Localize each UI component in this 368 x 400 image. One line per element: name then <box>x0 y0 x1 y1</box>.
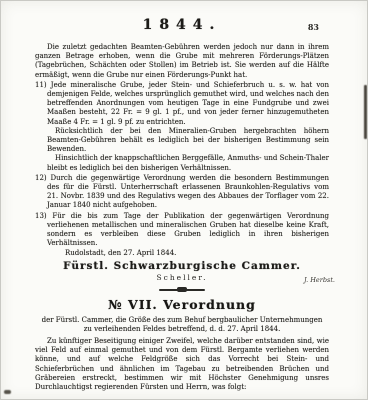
page-number: 83 <box>308 22 319 32</box>
countersignature: J. Herbst. <box>304 276 335 284</box>
decree-subtitle: der Fürstl. Cammer, die Größe des zum Be… <box>41 316 323 334</box>
item-number: 13) <box>35 212 47 220</box>
page-content: 1844. Die zuletzt gedachten Beamten-Gebü… <box>1 1 367 392</box>
item-number: 12) <box>35 174 47 182</box>
item-text: Jede mineralische Grube, jeder Stein- un… <box>47 81 329 126</box>
signature-block: Fürstl. Schwarzburgische Cammer. Schelle… <box>35 260 329 282</box>
list-item-13: 13) Für die bis zum Tage der Publikation… <box>35 212 329 249</box>
dateline: Rudolstadt, den 27. April 1844. <box>65 249 329 258</box>
intro-paragraph: Die zuletzt gedachten Beamten-Gebühren w… <box>35 43 329 80</box>
scan-edge-artifact <box>364 85 367 139</box>
list-item-11: 11) Jede mineralische Grube, jeder Stein… <box>35 81 329 127</box>
item-text: Für die bis zum Tage der Publikation der… <box>47 212 329 248</box>
item-text: Durch die gegenwärtige Verordnung werden… <box>47 174 329 210</box>
year-heading: 1844. <box>35 17 329 33</box>
item-number: 11) <box>35 81 47 89</box>
document-page: 83 1844. Die zuletzt gedachten Beamten-G… <box>0 0 368 400</box>
list-item-12: 12) Durch die gegenwärtige Verordnung we… <box>35 174 329 211</box>
signature-name: Scheller. <box>35 273 329 282</box>
decree-heading: № VII. Verordnung <box>35 297 329 312</box>
paragraph-hinsichtlich: Hinsichtlich der knappschaftlichen Bergg… <box>47 154 329 172</box>
signing-authority: Fürstl. Schwarzburgische Cammer. <box>35 260 329 272</box>
section-divider <box>159 289 205 291</box>
scan-corner-artifact <box>4 390 11 394</box>
paragraph-ruecksichtlich: Rücksichtlich der bei den Mineralien-Gru… <box>47 127 329 155</box>
decree-opening-paragraph: Zu künftiger Beseitigung einiger Zweifel… <box>35 337 329 392</box>
